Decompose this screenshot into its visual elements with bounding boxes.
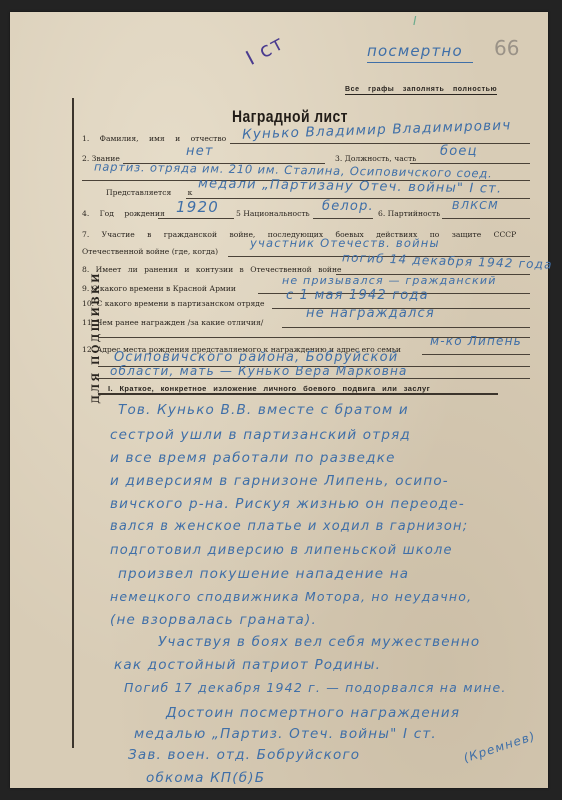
rule-address-3 [98,378,530,379]
page-number: 66 [494,36,519,60]
rule-position [410,163,530,164]
narrative-line: подготовил диверсию в липеньской школе [110,543,453,558]
value-red-army: не призывался — гражданский [282,274,497,287]
signature-name: (Кремнев) [462,729,538,766]
value-civil-war: участник Отечеств. войны [250,236,440,250]
value-wounds: погиб 14 декабря 1942 года [342,250,553,271]
label-red-army: 9. С какого времени в Красной Армии [82,284,236,293]
value-previous-awards: не награждался [306,306,435,321]
label-wounds: 8. Имеет ли ранения и контузии в Отечест… [82,265,342,274]
fill-all-notice: Все графы заполнять полностью [345,86,497,95]
label-previous-awards: 11. Чем ранее награжден /за какие отличи… [82,318,263,327]
narrative-line: и все время работали по разведке [110,450,396,466]
label-patriotic-war: Отечественной войне (где, когда) [82,247,218,256]
rule-previous-awards [282,327,530,328]
section-heading-rule [98,393,498,395]
narrative-line: (не взорвалась граната). [110,612,317,628]
rule-nationality [313,218,373,219]
label-full-name: 1. Фамилия, имя и отчество [82,134,226,143]
class-mark: I ст [242,30,288,70]
narrative-line: медалью „Партиз. Отеч. войны" I ст. [134,726,437,742]
narrative-line: Погиб 17 декабря 1942 г. — подорвался на… [124,680,507,695]
value-address-2: Осиповичского района, Бобруйской [114,350,398,365]
narrative-line: как достойный патриот Родины. [114,657,381,673]
value-rank: нет [186,144,214,159]
value-nationality: белор. [322,199,374,214]
rule-full-name [230,143,530,144]
rule-party [442,218,530,219]
narrative-line: вичского р-на. Рискуя жизнью он переоде- [110,496,465,512]
label-partisan-since: 10. С какого времени в партизанском отря… [82,299,264,308]
label-birth-year: 4. Год рождения [82,209,165,218]
signature-title-1: Зав. воен. отд. Бобруйского [128,747,360,763]
label-position: 3. Должность, часть [335,154,416,163]
rule-birth-year [158,218,234,219]
value-party: ВЛКСМ [452,199,499,212]
narrative-line: Достоин посмертного награждения [166,705,460,721]
label-party: 6. Партийность [378,209,440,218]
award-sheet: I ст посмертно I 66 Все графы заполнять … [10,12,548,788]
section-heading: I. Краткое, конкретное изложение личного… [108,384,430,393]
scan-frame: I ст посмертно I 66 Все графы заполнять … [0,0,562,800]
posthumous-mark: посмертно [367,42,473,63]
narrative-line: произвел покушение нападение на [118,566,409,582]
narrative-line: Участвуя в боях вел себя мужественно [158,634,480,650]
label-presented: Представляется к [106,188,192,197]
narrative-line: немецкого сподвижника Мотора, но неудачн… [110,589,472,604]
binding-margin-line [72,98,74,748]
narrative-line: сестрой ушли в партизанский отряд [110,427,411,443]
value-partisan-since: с 1 мая 1942 года [286,288,429,303]
narrative-line: вался в женское платье и ходил в гарнизо… [110,519,468,534]
value-address-1: м-ко Липень [430,334,522,348]
label-nationality: 5 Национальность [236,209,310,218]
value-position: боец [440,144,478,159]
value-birth-year: 1920 [176,198,219,216]
value-address-3: области, мать — Кунько Вера Марковна [110,364,408,378]
rule-address [422,354,530,355]
green-mark: I [413,14,418,28]
narrative-line: Тов. Кунько В.В. вместе с братом и [118,402,409,418]
signature-title-2: обкома КП(б)Б [146,770,265,786]
narrative-line: и диверсиям в гарнизоне Липень, осипо- [110,473,449,489]
